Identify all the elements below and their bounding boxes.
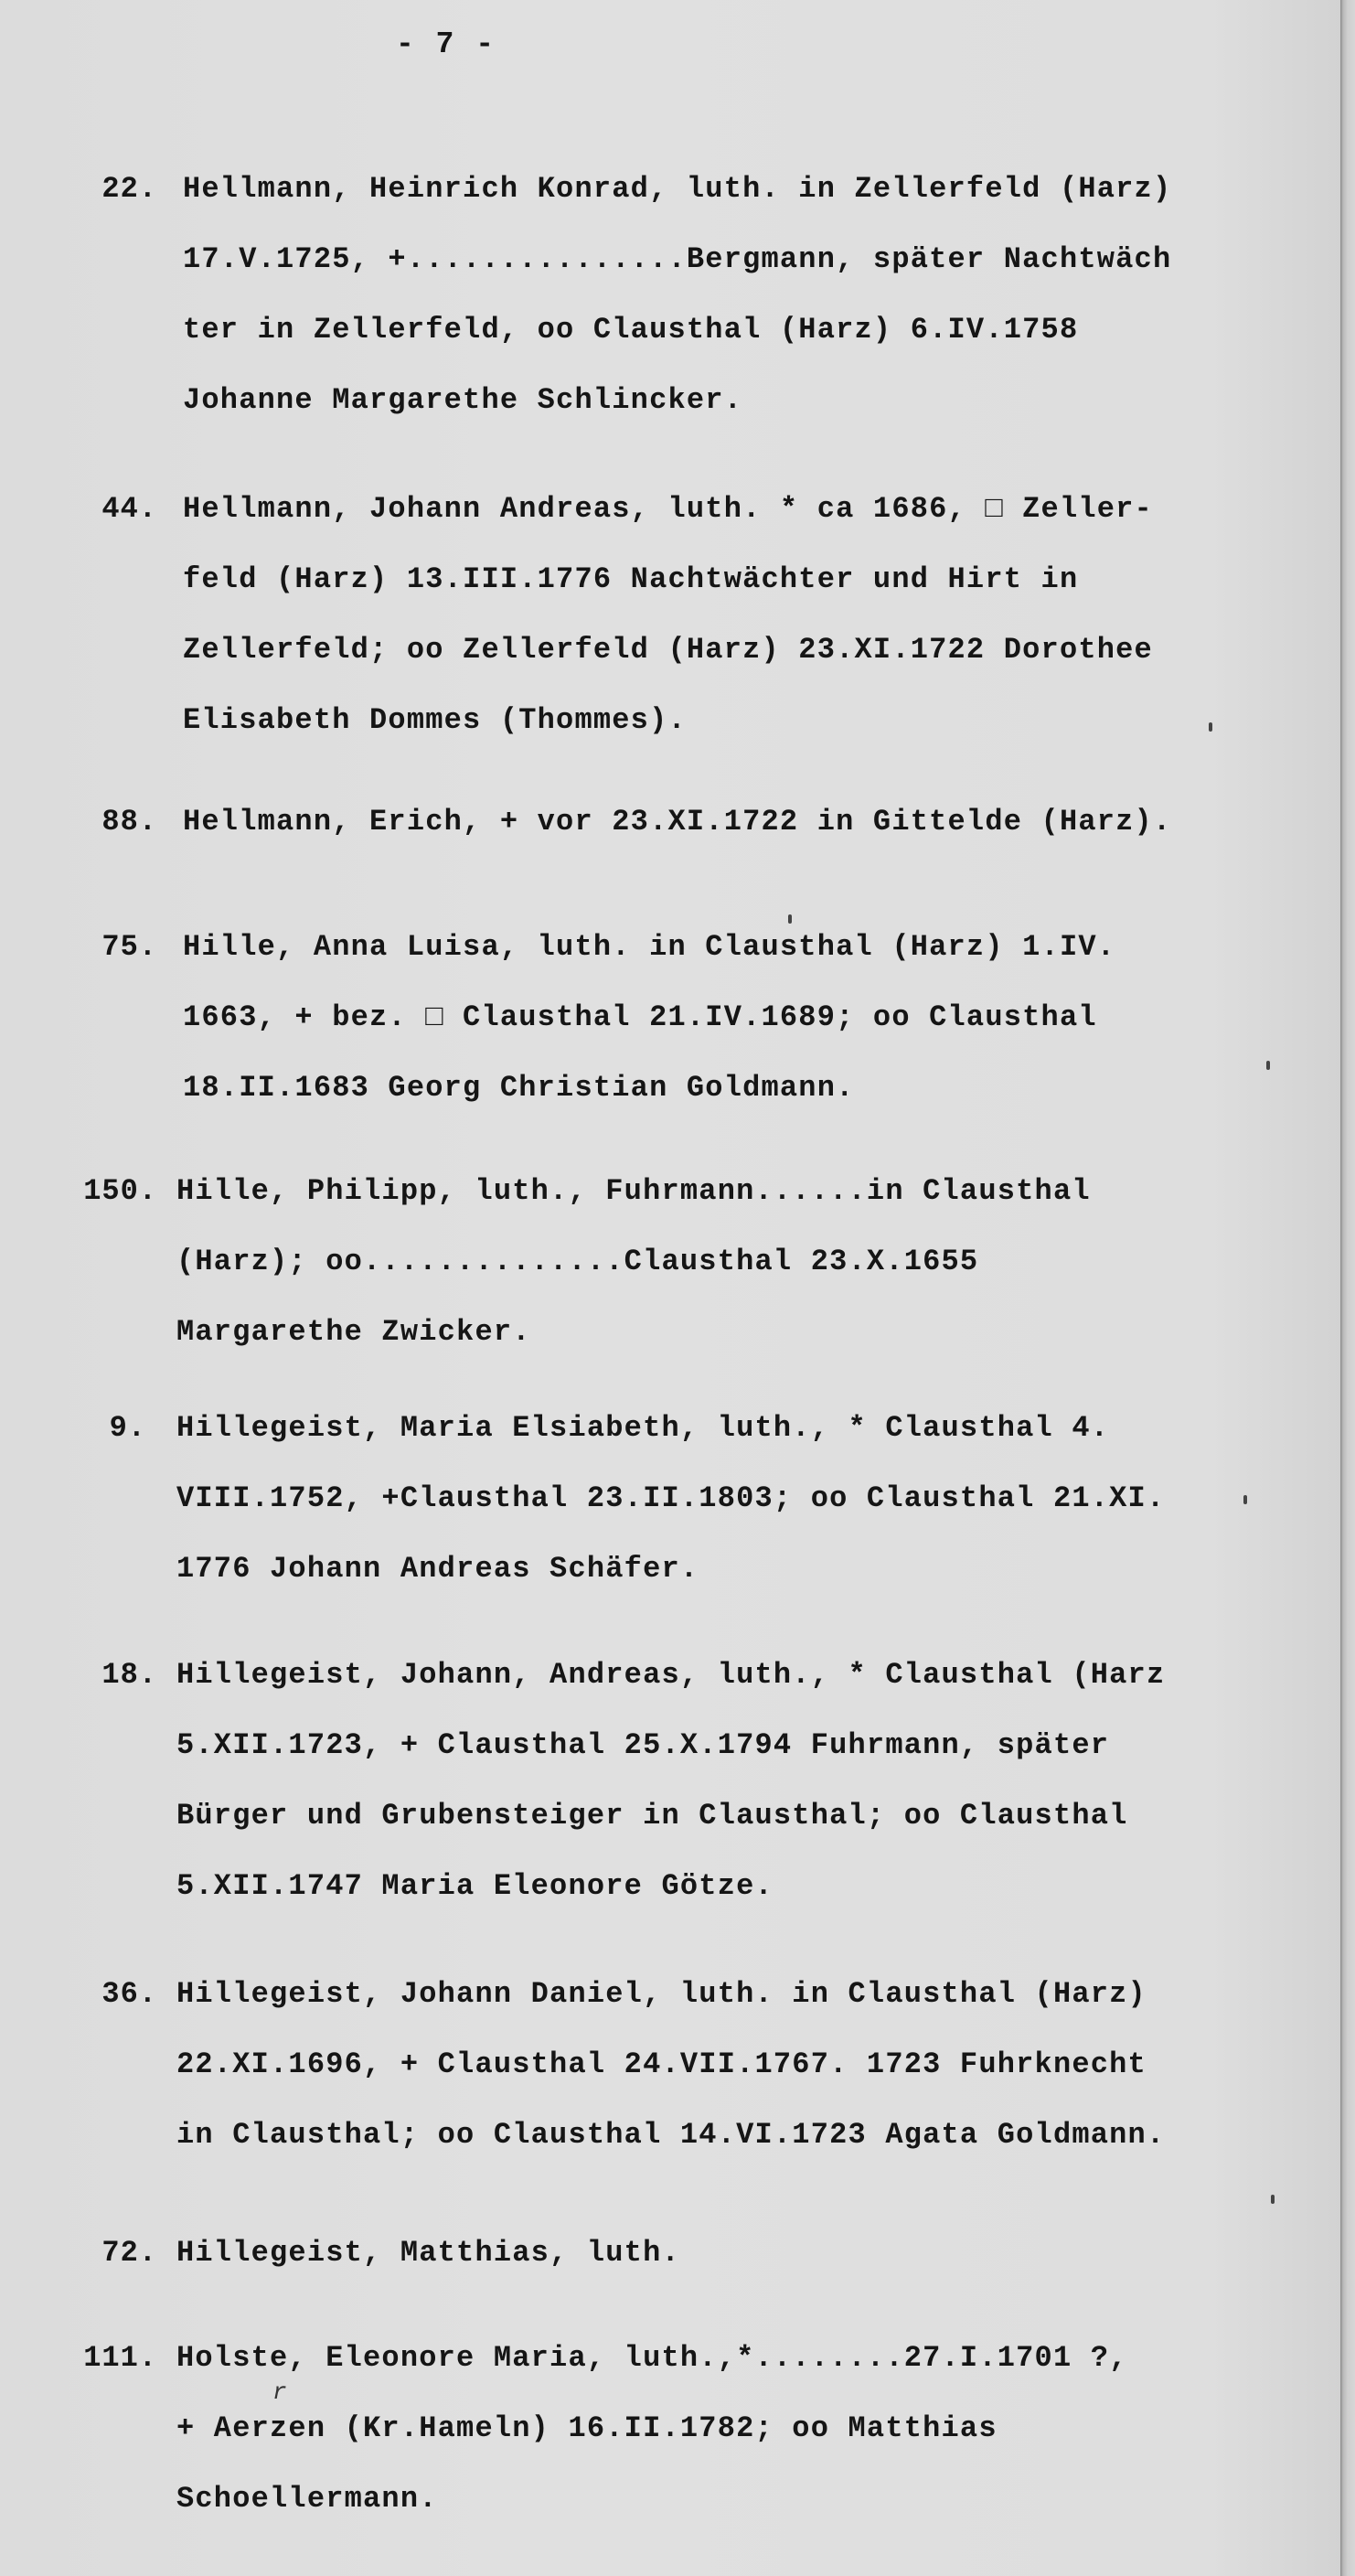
page-number: - 7 -: [396, 27, 496, 61]
entry-line: Margarethe Zwicker.: [176, 1315, 531, 1349]
entry-line: Hellmann, Erich, + vor 23.XI.1722 in Git…: [183, 805, 1171, 839]
entry-line: Hillegeist, Matthias, luth.: [176, 2236, 680, 2270]
entry-line: Holste, Eleonore Maria, luth.,*........2…: [176, 2341, 1128, 2375]
entry-line: feld (Harz) 13.III.1776 Nachtwächter und…: [183, 562, 1078, 596]
entry-line: in Clausthal; oo Clausthal 14.VI.1723 Ag…: [176, 2118, 1165, 2152]
entry-number: 18.: [0, 1658, 157, 1692]
entry-line: 5.XII.1747 Maria Eleonore Götze.: [176, 1869, 774, 1903]
entry-line: (Harz); oo..............Clausthal 23.X.1…: [176, 1245, 978, 1278]
entry-line: 1776 Johann Andreas Schäfer.: [176, 1552, 699, 1586]
entry-number: 150.: [0, 1174, 157, 1208]
entry-number: 22.: [0, 172, 157, 206]
scan-speck: [1209, 722, 1212, 732]
entry-line: Hille, Philipp, luth., Fuhrmann......in …: [176, 1174, 1091, 1208]
entry-number: 36.: [0, 1977, 157, 2011]
entry-line: 17.V.1725, +...............Bergmann, spä…: [183, 242, 1171, 276]
entry-line: Hellmann, Heinrich Konrad, luth. in Zell…: [183, 172, 1171, 206]
entry-line: Zellerfeld; oo Zellerfeld (Harz) 23.XI.1…: [183, 633, 1153, 667]
entry-line: 1663, + bez. □ Clausthal 21.IV.1689; oo …: [183, 1000, 1097, 1034]
entry-number: 75.: [0, 930, 157, 964]
scan-speck: [1266, 1061, 1270, 1070]
entry-line: 5.XII.1723, + Clausthal 25.X.1794 Fuhrma…: [176, 1728, 1109, 1762]
entry-line: VIII.1752, +Clausthal 23.II.1803; oo Cla…: [176, 1481, 1165, 1515]
entry-line: Johanne Margarethe Schlincker.: [183, 383, 742, 417]
entry-line: Hille, Anna Luisa, luth. in Clausthal (H…: [183, 930, 1115, 964]
entry-line: + Aerzen (Kr.Hameln) 16.II.1782; oo Matt…: [176, 2411, 998, 2445]
entry-number: 111.: [0, 2341, 157, 2375]
entry-number: 88.: [0, 805, 157, 839]
handwritten-correction: r: [272, 2378, 287, 2406]
entry-number: 9.: [0, 1411, 146, 1445]
scan-speck: [1271, 2195, 1275, 2204]
entry-number: 44.: [0, 492, 157, 526]
entry-line: 22.XI.1696, + Clausthal 24.VII.1767. 172…: [176, 2047, 1147, 2081]
scan-speck: [788, 914, 792, 924]
entry-line: Hillegeist, Maria Elsiabeth, luth., * Cl…: [176, 1411, 1109, 1445]
entry-line: Schoellermann.: [176, 2482, 438, 2516]
scan-speck: [1243, 1495, 1247, 1504]
entry-line: Bürger und Grubensteiger in Clausthal; o…: [176, 1799, 1128, 1833]
entry-line: Elisabeth Dommes (Thommes).: [183, 703, 687, 737]
entry-line: ter in Zellerfeld, oo Clausthal (Harz) 6…: [183, 313, 1078, 347]
entry-line: Hellmann, Johann Andreas, luth. * ca 168…: [183, 492, 1153, 526]
entry-line: 18.II.1683 Georg Christian Goldmann.: [183, 1071, 855, 1105]
entry-number: 72.: [0, 2236, 157, 2270]
page-edge: [1340, 0, 1355, 2576]
entry-line: Hillegeist, Johann Daniel, luth. in Clau…: [176, 1977, 1147, 2011]
entry-line: Hillegeist, Johann, Andreas, luth., * Cl…: [176, 1658, 1165, 1692]
